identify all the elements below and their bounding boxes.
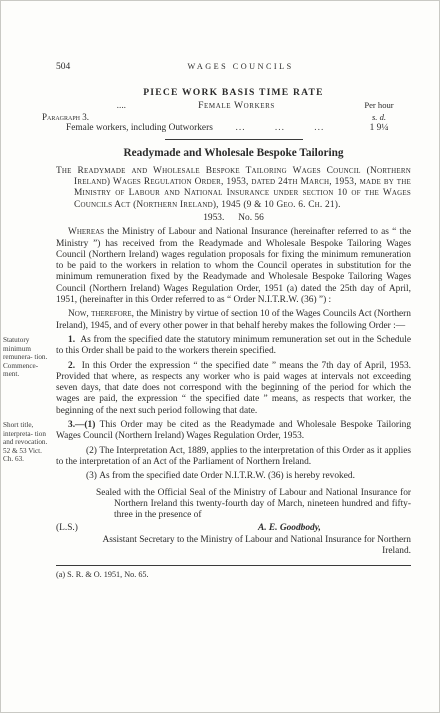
dot-leaders: ... ... ... xyxy=(213,123,347,134)
order-number: No. 56 xyxy=(238,213,264,223)
rate-table-title: PIECE WORK BASIS TIME RATE xyxy=(56,87,411,98)
text-column: 504 WAGES COUNCILS PIECE WORK BASIS TIME… xyxy=(56,61,411,580)
shillings-pence-label: s. d. xyxy=(347,112,411,123)
margin-note-commencement: Commence- ment. xyxy=(3,362,52,379)
order-paragraph-2: Commence- ment. 2. In this Order the exp… xyxy=(56,361,411,417)
paragraph-number: (3) xyxy=(86,471,97,481)
paragraph-body: This Order may be cited as the Readymade… xyxy=(56,420,411,441)
rate-value: 1 9¼ xyxy=(347,123,411,134)
section-divider-rule xyxy=(165,139,303,140)
document-page: 504 WAGES COUNCILS PIECE WORK BASIS TIME… xyxy=(0,0,440,713)
paragraph-body: The Interpretation Act, 1889, applies to… xyxy=(56,446,411,467)
rate-table-subtitle: Female Workers xyxy=(126,100,347,111)
order-paragraph-3-1: Short title, interpreta- tion and revoca… xyxy=(56,420,411,443)
footnote-text: (a) S. R. & O. 1951, No. 65. xyxy=(56,569,411,580)
order-paragraph-3-3: (3) As from the specified date Order N.I… xyxy=(56,471,411,482)
order-paragraph-1: Statutory minimum remunera- tion. 1. As … xyxy=(56,335,411,358)
footnote-rule xyxy=(56,565,411,566)
paragraph-number: 3.—(1) xyxy=(68,420,95,430)
paragraph-number: 2. xyxy=(68,361,75,371)
order-year: 1953. xyxy=(203,213,224,223)
paragraph-body: As from the specified date the statutory… xyxy=(56,335,411,356)
paragraph-text: (2) The Interpretation Act, 1889, applie… xyxy=(56,446,411,469)
page-number: 504 xyxy=(56,62,70,73)
rate-row-label: Female workers, including Outworkers xyxy=(56,123,213,134)
signature-name: A. E. Goodbody, xyxy=(78,523,411,534)
paragraph-text: 2. In this Order the expression “ the sp… xyxy=(56,361,411,417)
order-number-line: 1953.No. 56 xyxy=(56,213,411,224)
paragraph-label-row: Paragraph 3. s. d. xyxy=(56,112,411,123)
paragraph-text: 3.—(1) This Order may be cited as the Re… xyxy=(56,420,411,443)
paragraph-number: 1. xyxy=(68,335,75,345)
rate-table-subtitle-row: .... Female Workers Per hour xyxy=(56,100,411,112)
signature-row: (L.S.) A. E. Goodbody, xyxy=(56,523,411,534)
whereas-lead: Whereas xyxy=(68,227,104,237)
per-hour-label: Per hour xyxy=(347,100,411,111)
paragraph-body: In this Order the expression “ the speci… xyxy=(56,361,411,416)
order-citation: The Readymade and Wholesale Bespoke Tail… xyxy=(56,166,411,211)
order-heading: Readymade and Wholesale Bespoke Tailorin… xyxy=(56,148,411,159)
running-title: WAGES COUNCILS xyxy=(70,61,411,72)
order-paragraph-3-2: 52 & 53 Vict. Ch. 63. (2) The Interpreta… xyxy=(56,446,411,469)
rate-row: Female workers, including Outworkers ...… xyxy=(56,123,411,134)
paragraph-text: (3) As from the specified date Order N.I… xyxy=(56,471,411,482)
paragraph-body: As from the specified date Order N.I.T.R… xyxy=(99,471,355,481)
therefore-lead: Now, therefore, xyxy=(68,309,134,319)
margin-note-statutory: Statutory minimum remunera- tion. xyxy=(3,336,52,362)
paragraph-number: (2) xyxy=(86,446,97,456)
paragraph-label: Paragraph 3. xyxy=(42,112,89,123)
whereas-paragraph: Whereas the Ministry of Labour and Natio… xyxy=(56,227,411,306)
running-header: 504 WAGES COUNCILS xyxy=(56,61,411,73)
paragraph-text: 1. As from the specified date the statut… xyxy=(56,335,411,358)
sealing-clause: Sealed with the Official Seal of the Min… xyxy=(56,488,411,522)
signature-title: Assistant Secretary to the Ministry of L… xyxy=(99,535,411,558)
margin-note-vict-citation: 52 & 53 Vict. Ch. 63. xyxy=(3,447,52,464)
margin-note-short-title: Short title, interpreta- tion and revoca… xyxy=(3,421,52,447)
rate-table-fragment: PIECE WORK BASIS TIME RATE .... Female W… xyxy=(56,87,411,140)
seal-mark: (L.S.) xyxy=(56,523,78,534)
whereas-text: the Ministry of Labour and National Insu… xyxy=(56,227,411,305)
therefore-paragraph: Now, therefore, the Ministry by virtue o… xyxy=(56,309,411,332)
leader-dots: .... xyxy=(56,101,126,112)
